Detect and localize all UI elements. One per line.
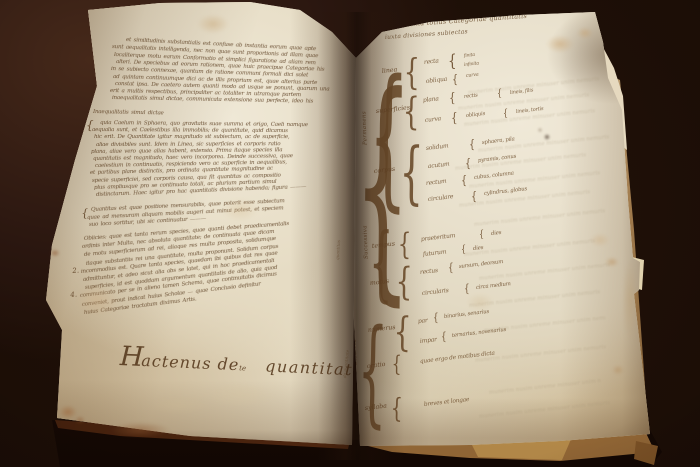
photograph-open-manuscript-book: Schema totius Categoriae quantitatisiuxt… (0, 0, 700, 467)
photo-vignette (0, 0, 700, 467)
